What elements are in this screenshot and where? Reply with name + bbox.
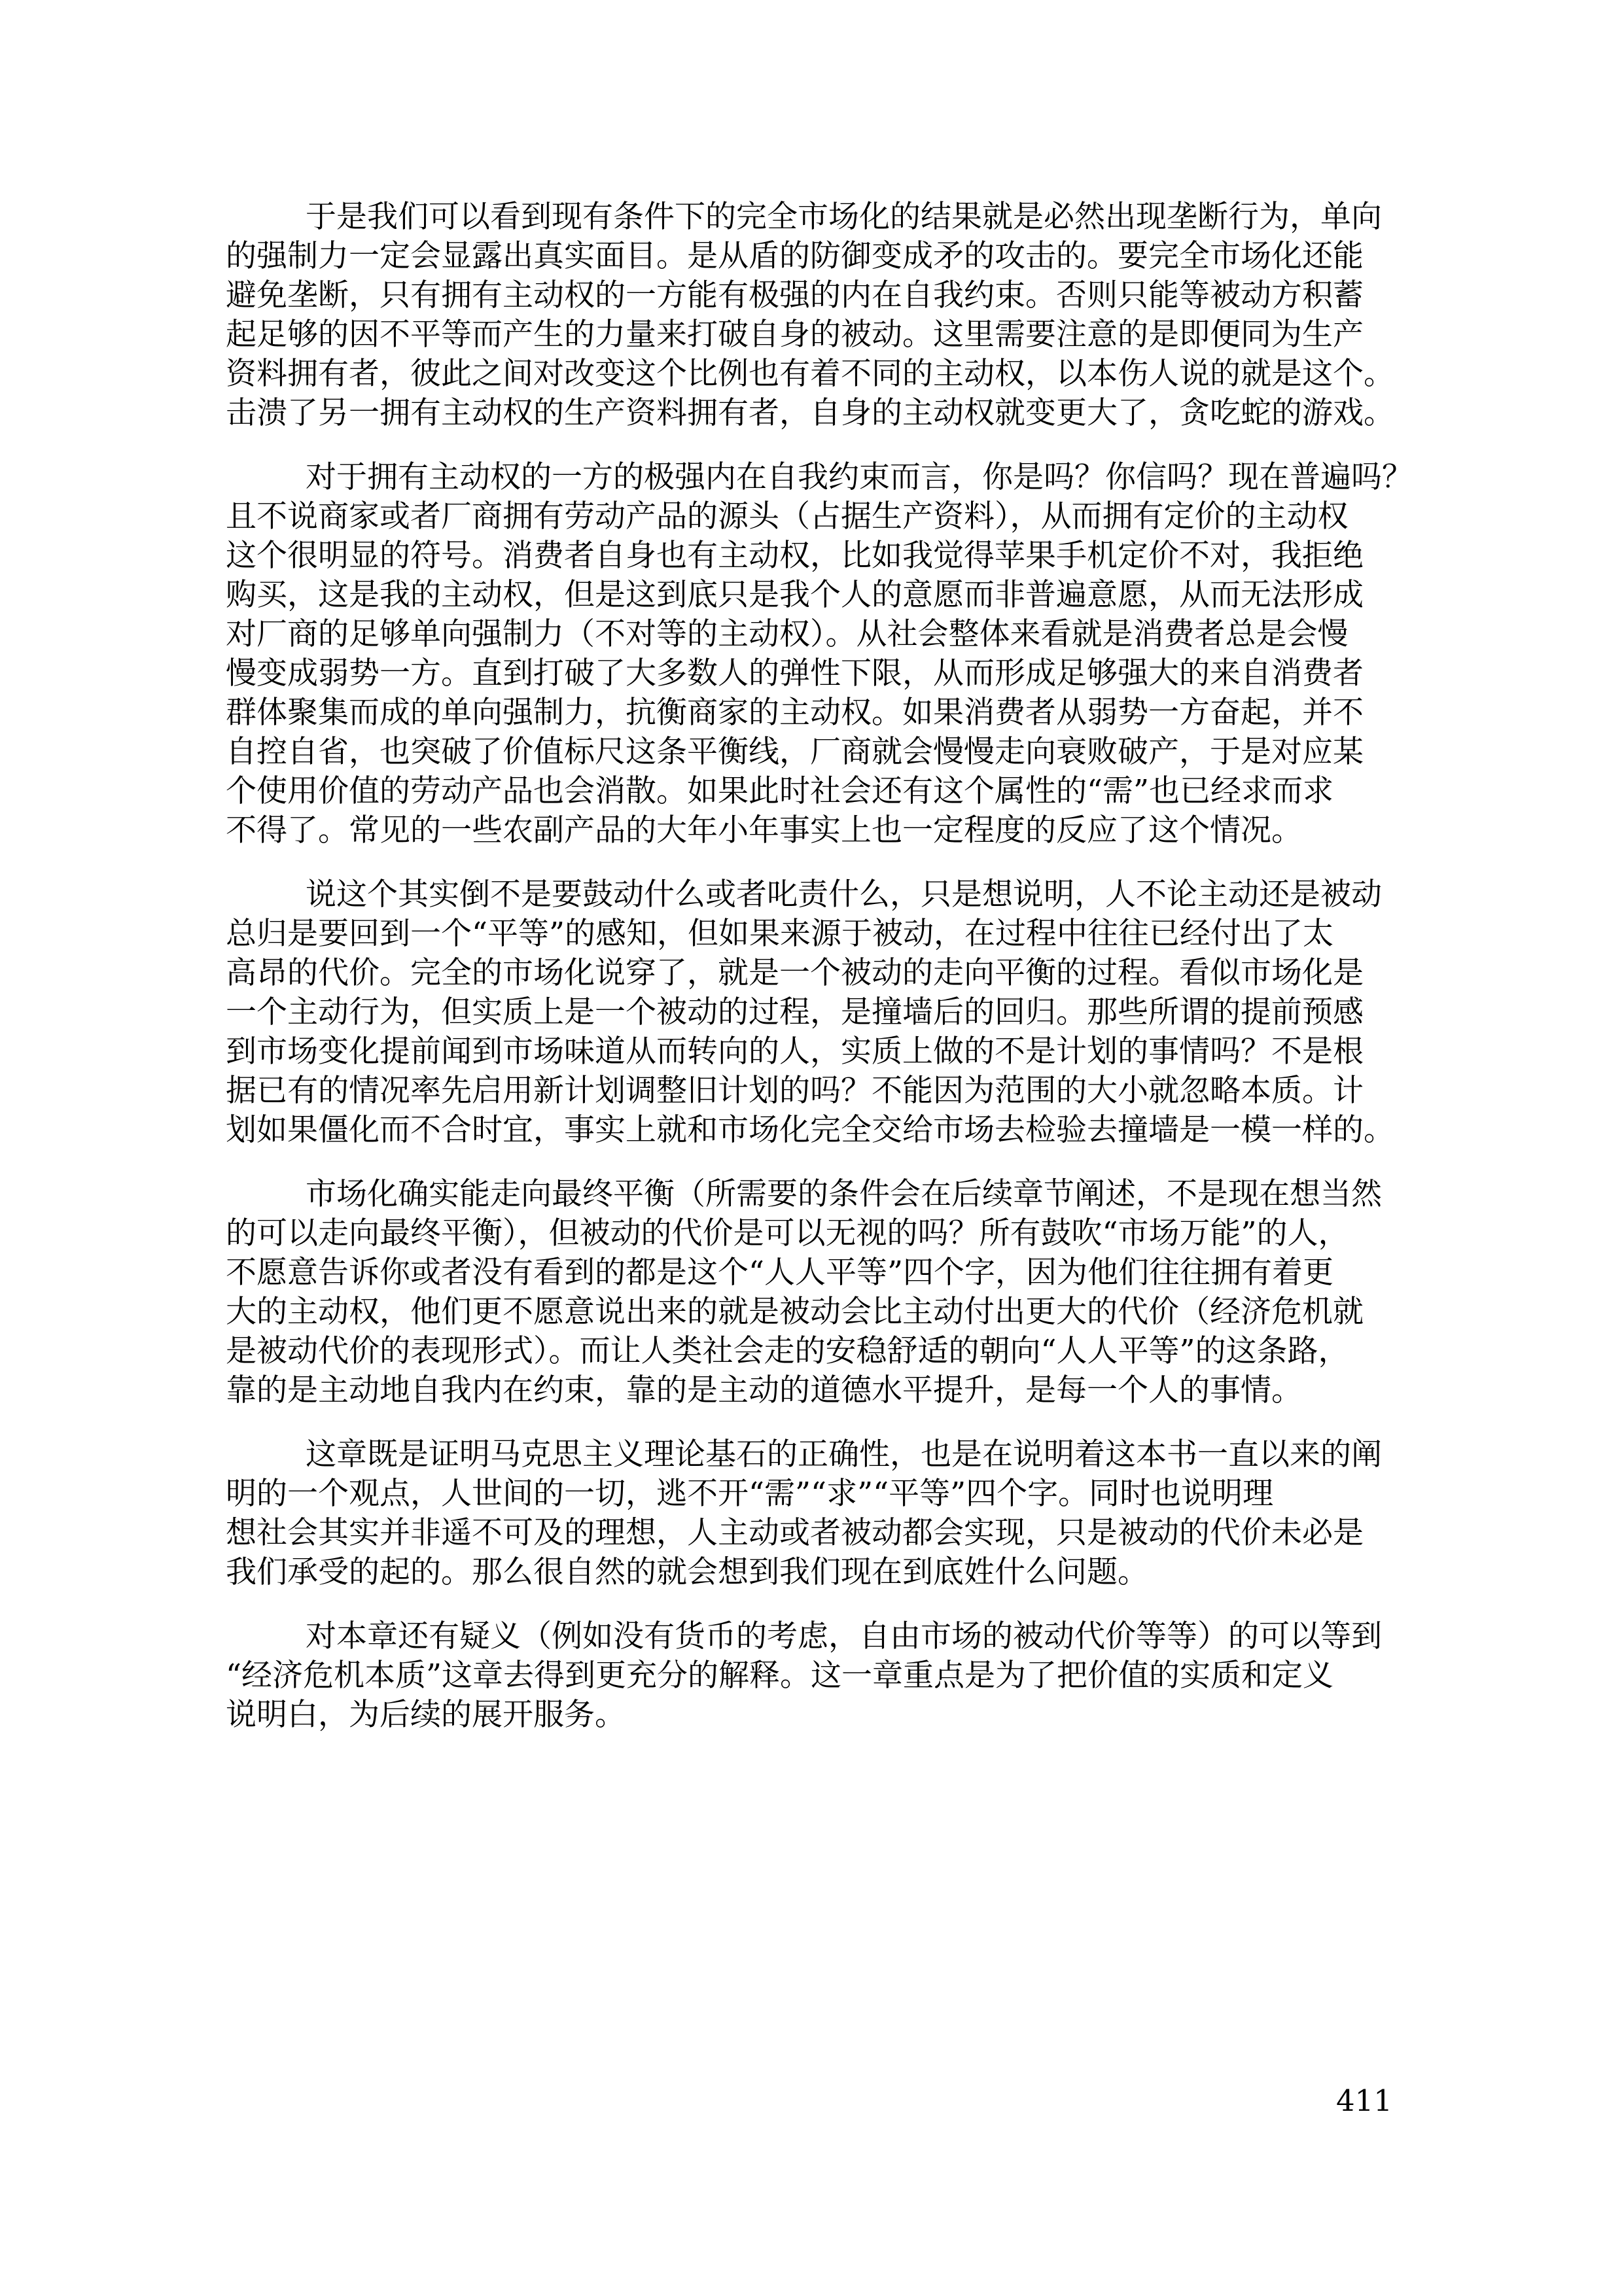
paragraph-2-line-1: 对于拥有主动权的一方的极强内在自我约束而言，你是吗？你信吗？现在普遍吗？ [226, 458, 1403, 497]
paragraph-5-line-2: 明的一个观点，人世间的一切，逃不开“需”“求”“平等”四个字。同时也说明理 [226, 1474, 1403, 1514]
paragraph-2-line-6: 慢变成弱势一方。直到打破了大多数人的弹性下限，从而形成足够强大的来自消费者 [226, 654, 1403, 693]
paragraph-2-line-10: 不得了。常见的一些农副产品的大年小年事实上也一定程度的反应了这个情况。 [226, 811, 1403, 850]
paragraph-1-line-6: 击溃了另一拥有主动权的生产资料拥有者，自身的主动权就变更大了，贪吃蛇的游戏。 [226, 394, 1403, 433]
paragraph-1-line-5: 资料拥有者，彼此之间对改变这个比例也有着不同的主动权，以本伤人说的就是这个。 [226, 355, 1403, 394]
paragraph-6-line-3: 说明白，为后续的展开服务。 [226, 1696, 1403, 1735]
paragraph-2-line-5: 对厂商的足够单向强制力（不对等的主动权）。从社会整体来看就是消费者总是会慢 [226, 615, 1403, 654]
paragraph-1-line-3: 避免垄断，只有拥有主动权的一方能有极强的内在自我约束。否则只能等被动方积蓄 [226, 276, 1403, 315]
paragraph-4: 市场化确实能走向最终平衡（所需要的条件会在后续章节阐述，不是现在想当然 的可以走… [226, 1175, 1403, 1410]
paragraph-3-line-7: 划如果僵化而不合时宜，事实上就和市场化完全交给市场去检验去撞墙是一模一样的。 [226, 1111, 1403, 1150]
paragraph-5-line-4: 我们承受的起的。那么很自然的就会想到我们现在到底姓什么问题。 [226, 1553, 1403, 1592]
paragraph-6: 对本章还有疑义（例如没有货币的考虑，自由市场的被动代价等等）的可以等到 “经济危… [226, 1617, 1403, 1735]
page-number: 411 [1336, 2084, 1392, 2118]
document-page: 于是我们可以看到现有条件下的完全市场化的结果就是必然出现垄断行为，单向 的强制力… [0, 0, 1624, 2296]
paragraph-5-line-3: 想社会其实并非遥不可及的理想，人主动或者被动都会实现，只是被动的代价未必是 [226, 1514, 1403, 1553]
paragraph-2: 对于拥有主动权的一方的极强内在自我约束而言，你是吗？你信吗？现在普遍吗？ 且不说… [226, 458, 1403, 850]
paragraph-4-line-4: 大的主动权，他们更不愿意说出来的就是被动会比主动付出更大的代价（经济危机就 [226, 1293, 1403, 1332]
paragraph-1: 于是我们可以看到现有条件下的完全市场化的结果就是必然出现垄断行为，单向 的强制力… [226, 198, 1403, 433]
paragraph-2-line-9: 个使用价值的劳动产品也会消散。如果此时社会还有这个属性的“需”也已经求而求 [226, 772, 1403, 811]
paragraph-3: 说这个其实倒不是要鼓动什么或者叱责什么，只是想说明，人不论主动还是被动 总归是要… [226, 875, 1403, 1150]
paragraph-2-line-2: 且不说商家或者厂商拥有劳动产品的源头（占据生产资料），从而拥有定价的主动权 [226, 497, 1403, 536]
paragraph-1-line-4: 起足够的因不平等而产生的力量来打破自身的被动。这里需要注意的是即便同为生产 [226, 315, 1403, 355]
paragraph-6-line-2: “经济危机本质”这章去得到更充分的解释。这一章重点是为了把价值的实质和定义 [226, 1656, 1403, 1696]
paragraph-5: 这章既是证明马克思主义理论基石的正确性，也是在说明着这本书一直以来的阐 明的一个… [226, 1435, 1403, 1592]
paragraph-2-line-8: 自控自省，也突破了价值标尺这条平衡线，厂商就会慢慢走向衰败破产，于是对应某 [226, 733, 1403, 772]
paragraph-3-line-5: 到市场变化提前闻到市场味道从而转向的人，实质上做的不是计划的事情吗？不是根 [226, 1032, 1403, 1071]
paragraph-4-line-5: 是被动代价的表现形式）。而让人类社会走的安稳舒适的朝向“人人平等”的这条路， [226, 1332, 1403, 1371]
paragraph-1-line-2: 的强制力一定会显露出真实面目。是从盾的防御变成矛的攻击的。要完全市场化还能 [226, 237, 1403, 276]
paragraph-1-line-1: 于是我们可以看到现有条件下的完全市场化的结果就是必然出现垄断行为，单向 [226, 198, 1403, 237]
paragraph-6-line-1: 对本章还有疑义（例如没有货币的考虑，自由市场的被动代价等等）的可以等到 [226, 1617, 1403, 1656]
paragraph-3-line-4: 一个主动行为，但实质上是一个被动的过程，是撞墙后的回归。那些所谓的提前预感 [226, 993, 1403, 1032]
paragraph-2-line-7: 群体聚集而成的单向强制力，抗衡商家的主动权。如果消费者从弱势一方奋起，并不 [226, 693, 1403, 733]
paragraph-3-line-3: 高昂的代价。完全的市场化说穿了，就是一个被动的走向平衡的过程。看似市场化是 [226, 954, 1403, 993]
page-content: 于是我们可以看到现有条件下的完全市场化的结果就是必然出现垄断行为，单向 的强制力… [226, 198, 1403, 1760]
paragraph-4-line-3: 不愿意告诉你或者没有看到的都是这个“人人平等”四个字，因为他们往往拥有着更 [226, 1253, 1403, 1293]
paragraph-5-line-1: 这章既是证明马克思主义理论基石的正确性，也是在说明着这本书一直以来的阐 [226, 1435, 1403, 1474]
paragraph-4-line-6: 靠的是主动地自我内在约束，靠的是主动的道德水平提升，是每一个人的事情。 [226, 1371, 1403, 1410]
paragraph-2-line-4: 购买，这是我的主动权，但是这到底只是我个人的意愿而非普遍意愿，从而无法形成 [226, 576, 1403, 615]
paragraph-4-line-1: 市场化确实能走向最终平衡（所需要的条件会在后续章节阐述，不是现在想当然 [226, 1175, 1403, 1214]
paragraph-3-line-6: 据已有的情况率先启用新计划调整旧计划的吗？不能因为范围的大小就忽略本质。计 [226, 1071, 1403, 1111]
paragraph-2-line-3: 这个很明显的符号。消费者自身也有主动权，比如我觉得苹果手机定价不对，我拒绝 [226, 536, 1403, 576]
paragraph-3-line-2: 总归是要回到一个“平等”的感知，但如果来源于被动，在过程中往往已经付出了太 [226, 914, 1403, 954]
paragraph-4-line-2: 的可以走向最终平衡），但被动的代价是可以无视的吗？所有鼓吹“市场万能”的人， [226, 1214, 1403, 1253]
paragraph-3-line-1: 说这个其实倒不是要鼓动什么或者叱责什么，只是想说明，人不论主动还是被动 [226, 875, 1403, 914]
